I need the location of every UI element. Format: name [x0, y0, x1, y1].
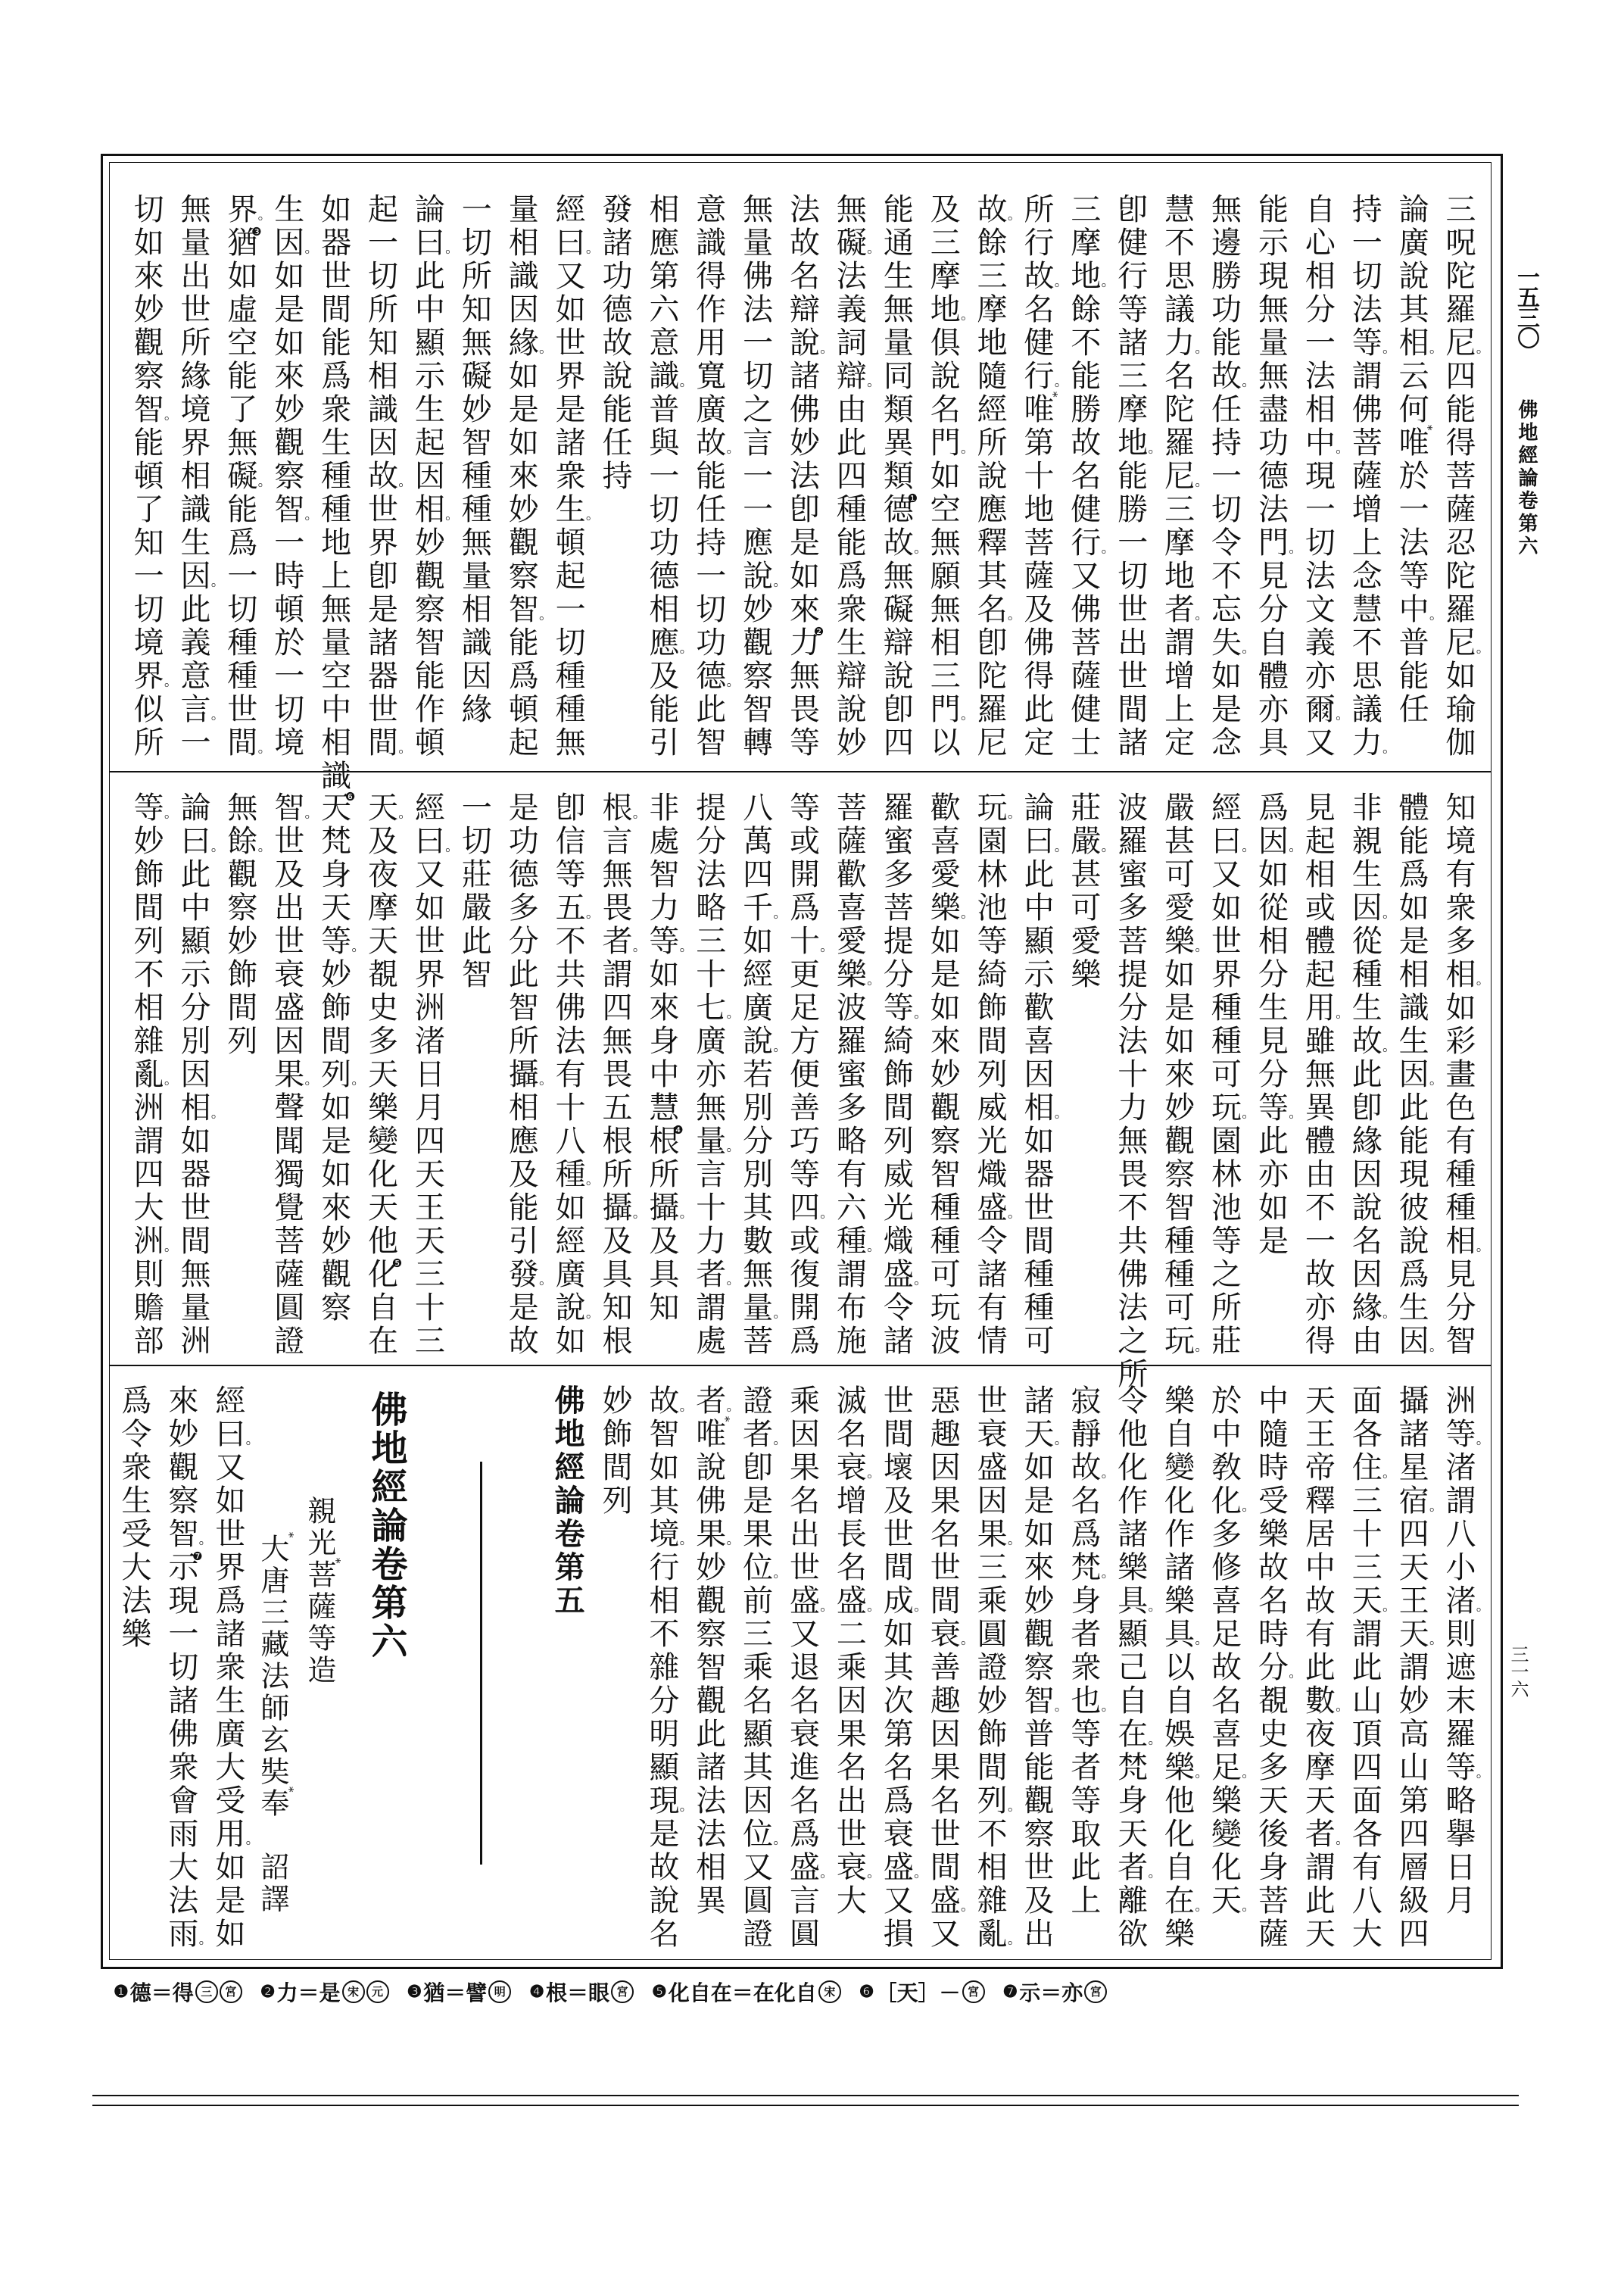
text-column: 是功德多分此智所攝。相應及能引發。是故 — [497, 791, 544, 1367]
lower-register: 洲等。渚謂八小渚。則遮末羅等。略擧日月 攝諸星宿。四天王天。謂妙高山第四層級四 … — [544, 1384, 1481, 1960]
text-column: 非親生因。從種生故。此卽緣因說名因緣。由 — [1340, 791, 1387, 1367]
text-column: 持一切法等。謂佛菩薩增上念慧不思議力。 — [1340, 193, 1387, 769]
footnote: ❷ 力＝是 宋 元 — [260, 1977, 389, 2007]
text-column: 寂靜故。名爲梵。身者衆也。等者等取此上 — [1059, 1384, 1106, 1960]
page-number: 一五三〇 — [1513, 265, 1538, 347]
text-column: 羅蜜多菩提分等。綺飾間列威光熾盛。令諸 — [871, 791, 918, 1367]
text-column: 故。智如其境。行相不雜分明顯現。是故說名 — [637, 1384, 684, 1960]
text-column: 發諸功德故說能任持 — [591, 193, 637, 769]
footnote-text: 化自在＝在化自 — [669, 1977, 817, 2007]
text-column: 來妙觀察智。❼示現一切諸佛衆會雨大法雨。 — [157, 1384, 204, 1960]
text-column: 爲令衆生受大法樂 — [110, 1384, 157, 1960]
text-column: 見起相或體起用。雖無異體由不一故亦得 — [1293, 791, 1340, 1367]
footnote-text: 猶＝譬 — [423, 1977, 487, 2007]
text-column: 三摩地。餘不能勝故名健行。又佛菩薩健士 — [1059, 193, 1106, 769]
text-column: 於中敎化。多修喜足故名喜足。樂變化天。 — [1200, 1384, 1247, 1960]
text-column: 等或開爲十。更足方便善巧等四。或復開爲 — [778, 791, 825, 1367]
text-column: 體能爲如是相識生因。此能現彼說爲生因。 — [1387, 791, 1434, 1367]
text-column: 知境有衆多相。如彩畫色有種種相。見分智 — [1434, 791, 1481, 1367]
text-column: 面各住。三十三天。謂此山頂四面各有八大 — [1340, 1384, 1387, 1960]
fascicle-end-title: 佛地經論卷第五 — [544, 1384, 591, 1960]
text-column: 一切莊嚴此智 — [450, 791, 497, 1367]
footnote-text: 力＝是 — [276, 1977, 340, 2007]
text-column: 及三摩地。俱說名門。如空無願無相三門。以 — [918, 193, 965, 769]
translator-line: *大唐三藏法師玄奘*奉 詔譯 — [248, 1534, 295, 1988]
text-column: 量相識因緣。如是如來妙觀察智。能爲頓起 — [497, 193, 544, 769]
text-column: 樂自變化作諸樂具。以自娛樂。他化自在。樂 — [1153, 1384, 1200, 1960]
running-title: 佛地經論卷第六 — [1515, 399, 1538, 558]
text-column: 故。餘三摩地隨經所說應釋其名。卽陀羅尼 — [965, 193, 1012, 769]
text-column: 歡喜愛樂。如是如來妙觀察智種種可玩波 — [918, 791, 965, 1367]
text-column: 無量出世所緣境界相識生因。此義意言。一 — [169, 193, 216, 769]
footnote: ❼ 示＝亦 宮 — [1003, 1977, 1108, 2007]
text-column: 能示現無量無盡功德法門。見分自體亦具 — [1247, 193, 1294, 769]
text-column: ❻天梵身天等。妙飾間列。如是如來妙觀察 — [310, 791, 357, 1367]
text-column: 卽健行等諸三摩地。能勝一切世出世間諸 — [1106, 193, 1153, 769]
edition-mark-icon: 宋 — [342, 1980, 365, 2003]
footnote-number: ❶ — [114, 1982, 129, 2002]
text-column: 論廣說其相。云何*唯於一法等中。普能任 — [1387, 193, 1434, 769]
fascicle-divider-line — [480, 1462, 482, 1865]
text-column: 無餘。觀察妙飾間列 — [216, 791, 263, 1367]
bottom-rule — [92, 2095, 1519, 2096]
text-column: 嚴甚可愛樂。如是如來妙觀察智種種可玩。 — [1153, 791, 1200, 1367]
footnote-number: ❹ — [529, 1982, 544, 2002]
edition-mark-icon: 宋 — [818, 1980, 841, 2003]
footnote: ❸ 猶＝譬 明 — [407, 1977, 512, 2007]
text-column: 無礙。法義詞辯。由此四種能爲衆生辯說妙 — [825, 193, 872, 769]
text-column: 攝諸星宿。四天王天。謂妙高山第四層級四 — [1387, 1384, 1434, 1960]
text-column: 中隨時受樂故名時分。覩史多天後身菩薩 — [1247, 1384, 1294, 1960]
text-column: 自心相分一法相中。現一切法文義亦爾。又 — [1293, 193, 1340, 769]
text-column: 等。妙飾間列不相雜亂。洲謂四大洲。則贍部 — [122, 791, 169, 1367]
edition-mark-icon: 宮 — [611, 1980, 634, 2003]
text-column: 經曰。又如世界種種可玩。園林池等之所莊 — [1200, 791, 1247, 1367]
text-column: 經曰。又如世界是諸衆生。頓起一切種種無 — [544, 193, 591, 769]
fascicle-title: 佛地經論卷第六 — [360, 1390, 413, 1709]
text-column: 非處智力等。如來身中慧❹根所攝。及具知 — [637, 791, 684, 1367]
footnote-text: 根＝眼 — [546, 1977, 609, 2007]
footnote-text: 示＝亦 — [1019, 1977, 1083, 2007]
edition-mark-icon: 宮 — [962, 1980, 985, 2003]
text-column: 慧不思議力。名陀羅尼。三摩地者。謂增上定 — [1153, 193, 1200, 769]
text-column: 智。世及出世衰盛因果。聲聞獨覺菩薩圓證 — [263, 791, 310, 1367]
footnote: ❹ 根＝眼 宮 — [529, 1977, 634, 2007]
text-column: 經曰。又如世界爲諸衆生廣大受用。如是如 — [204, 1384, 251, 1960]
text-column: 妙飾間列 — [591, 1384, 637, 1960]
middle-register: 知境有衆多相。如彩畫色有種種相。見分智 體能爲如是相識生因。此能現彼說爲生因。 … — [122, 791, 1481, 1367]
text-column: 令他化作諸樂具。顯己自在。梵身天者。離欲 — [1106, 1384, 1153, 1960]
text-column: 卽信等五。不共佛法有十八種。如經廣說。如 — [544, 791, 591, 1367]
text-column: 一切所知無礙妙智種種無量相識因緣 — [450, 193, 497, 769]
text-column: 無量佛法一切之言一一應說。妙觀察智轉 — [731, 193, 778, 769]
text-column: 意識得作用寬廣故。能任持一切功德。此智 — [684, 193, 731, 769]
text-column: 三呪陀羅尼。四能得菩薩忍陀羅尼。如瑜伽 — [1434, 193, 1481, 769]
text-column: 乘因果名出世盛。又退名衰進名爲盛。言圓 — [778, 1384, 825, 1960]
text-column: 莊嚴。甚可愛樂 — [1059, 791, 1106, 1367]
text-column: 波羅蜜多菩提分法十力無畏不共佛法之所 — [1106, 791, 1153, 1367]
text-column: 論曰。此中顯示生起因相。妙觀察智能作頓 — [404, 193, 450, 769]
text-column: 玩。園林池等綺飾間列威光熾盛。令諸有情 — [965, 791, 1012, 1367]
text-column: 惡趣因果名世間衰。善趣因果名世間盛。又 — [918, 1384, 965, 1960]
footnote-text: ［天］－ — [875, 1977, 960, 2007]
author-line: 親光*菩薩等造 — [295, 1496, 342, 1950]
footnote-number: ❷ — [260, 1982, 276, 2002]
text-column: 天。及夜摩天覩史多天樂變化天他❺化自在 — [357, 791, 404, 1367]
text-column: 起一切所知相識因故。世界卽是諸器世間。 — [357, 193, 404, 769]
footnote-number: ❼ — [1003, 1982, 1018, 2002]
text-column: 相應第六意識。普與一切功德相應。及能引 — [637, 193, 684, 769]
footnote-number: ❻ — [859, 1982, 874, 2002]
text-column: 能通生無量同類異類❶德故。無礙辯說卽四 — [871, 193, 918, 769]
edition-mark-icon: 明 — [488, 1980, 511, 2003]
edition-mark-icon: 宮 — [1084, 1980, 1107, 2003]
text-column: 菩薩歡喜愛樂。波羅蜜多略有六種。謂布施 — [825, 791, 872, 1367]
side-page-number: 三一六 — [1507, 1645, 1529, 1697]
text-column: 提分法略三十七。廣亦無量。言十力者。謂處 — [684, 791, 731, 1367]
text-column: 法故名辯說。諸佛妙法卽是如來❷力無畏等 — [778, 193, 825, 769]
text-column: 無邊勝功能故。任持一切令不忘失。如是念 — [1200, 193, 1247, 769]
footnote-text: 德＝得 — [130, 1977, 194, 2007]
footnote-number: ❸ — [407, 1982, 422, 2002]
text-column: 論曰。此中顯示歡喜因相。如器世間種種可 — [1012, 791, 1059, 1367]
edition-mark-icon: 元 — [366, 1980, 389, 2003]
text-column: 證者。卽是果位。前三乘名顯其因位。又圓證 — [731, 1384, 778, 1960]
footnote: ❶ 德＝得 三 宮 — [114, 1977, 242, 2007]
text-column: 生因。如是如來妙觀察智。一時頓於一切境 — [263, 193, 310, 769]
text-column: 界。❸猶如虛空能了無礙。能爲一切種種世間。 — [216, 193, 263, 769]
text-column: 爲因。如從相分生見分等。此亦如是 — [1247, 791, 1294, 1367]
text-column: 滅名衰。增長名盛。二乘因果名出世衰。大 — [825, 1384, 872, 1960]
text-column: 天王帝釋居中故有此數。夜摩天者。謂此天 — [1293, 1384, 1340, 1960]
text-column: 諸天。如是如來妙觀察智。普能觀察世及出 — [1012, 1384, 1059, 1960]
text-column: 世間壞及世間成。如其次第名爲衰盛。又損 — [871, 1384, 918, 1960]
text-column: 八萬四千。如經廣說。若別分別其數無量。菩 — [731, 791, 778, 1367]
text-column: 根。言無畏者。謂四無畏五根所攝。及具知根 — [591, 791, 637, 1367]
footnote: ❻ ［天］－ 宮 — [859, 1977, 985, 2007]
text-column: 者。*唯說佛果。妙觀察智觀此諸法法相異 — [684, 1384, 731, 1960]
footnote-number: ❺ — [652, 1982, 667, 2002]
text-column: 如器世間能爲衆生種種地上無量空中相識 — [310, 193, 357, 769]
edition-mark-icon: 三 — [195, 1980, 218, 2003]
text-column: 切如來妙觀察智。能頓了知一切境界。似所 — [122, 193, 169, 769]
text-column: 論曰。此中顯示分別因相。如器世間無量洲 — [169, 791, 216, 1367]
text-column: 洲等。渚謂八小渚。則遮末羅等。略擧日月 — [1434, 1384, 1481, 1960]
text-column: 世衰盛因果。三乘圓證妙飾間列。不相雜亂。 — [965, 1384, 1012, 1960]
footnote-apparatus: ❶ 德＝得 三 宮 ❷ 力＝是 宋 元 ❸ 猶＝譬 明 ❹ 根＝眼 宮 ❺ 化自… — [114, 1977, 1125, 2007]
upper-register: 三呪陀羅尼。四能得菩薩忍陀羅尼。如瑜伽 論廣說其相。云何*唯於一法等中。普能任 … — [122, 193, 1481, 769]
bottom-rule — [92, 2105, 1519, 2106]
edition-mark-icon: 宮 — [220, 1980, 242, 2003]
footnote: ❺ 化自在＝在化自 宋 — [652, 1977, 841, 2007]
text-column: 所行故。名健行。*唯第十地菩薩及佛得此定 — [1012, 193, 1059, 769]
text-column: 經曰。又如世界洲渚日月四天王天三十三 — [404, 791, 450, 1367]
